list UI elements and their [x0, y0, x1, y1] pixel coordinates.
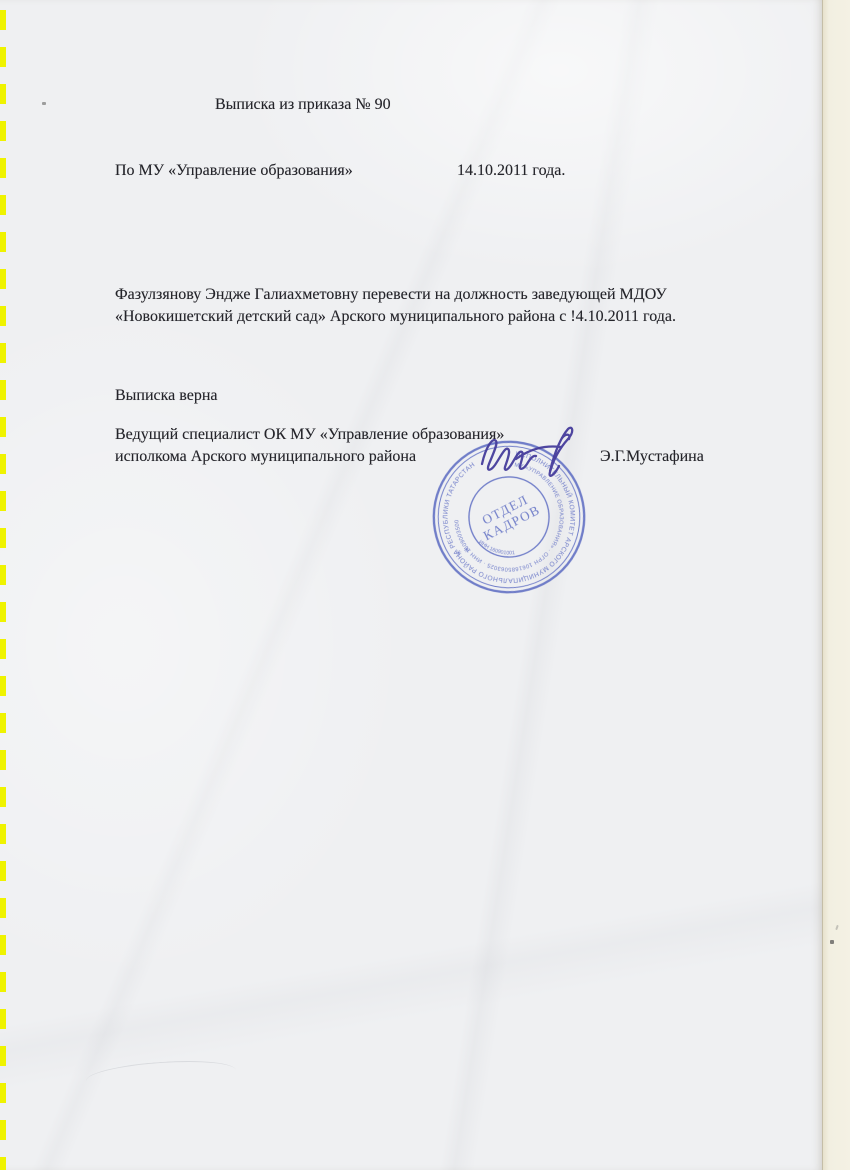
order-body-line-2: «Новокишетский детский сад» Арского муни…: [115, 306, 676, 328]
dust-speck: [830, 940, 834, 944]
document-title: Выписка из приказа № 90: [215, 94, 391, 116]
order-date: 14.10.2011 года.: [457, 160, 565, 182]
certification-line: Выписка верна: [115, 385, 218, 407]
stamp-center-text: ОТДЕЛ КАДРОВ: [474, 489, 543, 543]
scanned-page: Выписка из приказа № 90 По МУ «Управлени…: [0, 0, 822, 1170]
dust-speck: [42, 102, 46, 105]
signature-graphic: [458, 408, 584, 486]
issuing-org: По МУ «Управление образования»: [115, 160, 353, 182]
stamp-inner-arc-text: ИНН 160901001: [476, 539, 516, 557]
scanner-background-strip: [822, 0, 850, 1170]
yellow-edge-dashes: [0, 10, 6, 1170]
signatory-role-line-2: исполкома Арского муниципального района: [115, 446, 416, 468]
handwritten-signature: [458, 408, 584, 486]
paper-crease: [85, 1057, 237, 1094]
signatory-name: Э.Г.Мустафина: [600, 446, 704, 468]
order-body-line-1: Фазулзянову Эндже Галиахметовну перевест…: [115, 284, 667, 306]
